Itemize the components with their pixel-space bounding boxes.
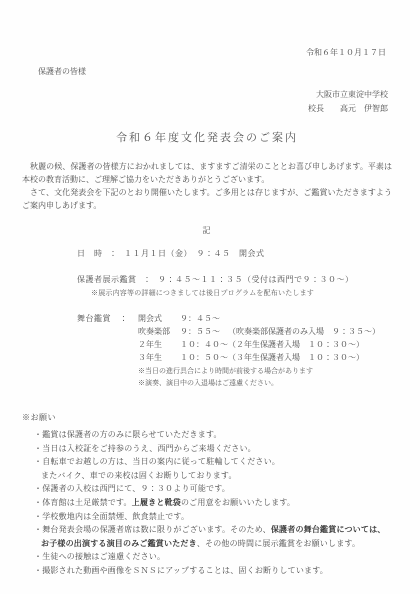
stage-row-name: ３年生 bbox=[138, 351, 180, 364]
request-text: ・生徒への接触はご遠慮ください。 bbox=[34, 552, 165, 561]
greeting-paragraph-2: さて、文化発表会を下記のとおり開催いたします。ご多用とは存じますが、ご鑑賞いただ… bbox=[22, 186, 392, 212]
request-text: のご用意をお願いいたします。 bbox=[181, 498, 295, 507]
request-list: ・鑑賞は保護者の方のみに限らせていただきます。 ・当日は入校証をご持参のうえ、西… bbox=[22, 428, 392, 578]
request-item: ・保護者の入校は西門にて、９：３０より可能です。 bbox=[34, 482, 392, 496]
greeting-paragraph-1: 秋麗の候、保護者の皆様方におかれましては、ますますご清栄のこととお喜び申しあげま… bbox=[22, 160, 392, 186]
request-text: またバイク、車での来校は固くお断りしております。 bbox=[41, 471, 237, 480]
stage-row-time: ９：４５～ bbox=[180, 312, 228, 325]
request-text: ・体育館は土足厳禁です。 bbox=[34, 498, 132, 507]
requests-heading: ※お願い bbox=[22, 411, 392, 424]
request-item: ・当日は入校証をご持参のうえ、西門からご来場ください。 bbox=[34, 442, 392, 456]
sender-block: 大阪市立東淀中学校 校長 高元 伊智郎 bbox=[22, 88, 392, 116]
request-item: ・自転車でお越しの方は、当日の案内に従って駐輪してください。 bbox=[34, 455, 392, 469]
request-text-bold: お子様の出演する演目のみご鑑賞いただき bbox=[41, 539, 197, 548]
request-item: ・学校敷地内は全面禁煙、飲食禁止です。 bbox=[34, 510, 392, 524]
stage-rows: 開会式 ９：４５～ 吹奏楽部 ９：５５～ （吹奏楽部保護者のみ入場 ９：３５～）… bbox=[138, 312, 380, 389]
stage-row-note: （吹奏楽部保護者のみ入場 ９：３５～） bbox=[228, 325, 380, 338]
request-text: ・学校敷地内は全面禁煙、飲食禁止です。 bbox=[34, 512, 189, 521]
principal-name: 校長 高元 伊智郎 bbox=[22, 102, 388, 116]
request-text: ・保護者の入校は西門にて、９：３０より可能です。 bbox=[34, 484, 230, 493]
addressee: 保護者の皆様 bbox=[22, 65, 392, 78]
request-text: 、その他の時間に展示鑑賞をお願いします。 bbox=[197, 539, 360, 548]
greeting-section: 秋麗の候、保護者の皆様方におかれましては、ますますご清栄のこととお喜び申しあげま… bbox=[22, 160, 392, 212]
request-item-continuation: またバイク、車での来校は固くお断りしております。 bbox=[34, 469, 392, 483]
stage-row-name: 吹奏楽部 bbox=[138, 325, 180, 338]
stage-row-name: ２年生 bbox=[138, 338, 180, 351]
stage-row-grade2: ２年生 １０：４０～ （２年生保護者入場 １０：３０～） bbox=[138, 338, 380, 351]
request-text: ・当日は入校証をご持参のうえ、西門からご来場ください。 bbox=[34, 444, 256, 453]
stage-viewing-block: 舞台鑑賞 ： 開会式 ９：４５～ 吹奏楽部 ９：５５～ （吹奏楽部保護者のみ入場… bbox=[77, 312, 392, 389]
stage-row-time: ９：５５～ bbox=[180, 325, 228, 338]
request-text: ・鑑賞は保護者の方のみに限らせていただきます。 bbox=[34, 430, 222, 439]
request-text: ・撮影された動画や画像をＳＮＳにアップすることは、固くお断りしています。 bbox=[34, 566, 328, 575]
stage-label: 舞台鑑賞 ： bbox=[77, 312, 128, 389]
datetime-line: 日 時 ： １１月１日（金） ９：４５ 開会式 bbox=[77, 247, 392, 260]
request-item: ・体育館は土足厳禁です。上履きと靴袋のご用意をお願いいたします。 bbox=[34, 496, 392, 510]
request-item-continuation: お子様の出演する演目のみご鑑賞いただき、その他の時間に展示鑑賞をお願いします。 bbox=[34, 537, 392, 551]
request-item: ・鑑賞は保護者の方のみに限らせていただきます。 bbox=[34, 428, 392, 442]
schedule-section: 日 時 ： １１月１日（金） ９：４５ 開会式 保護者展示鑑賞 ： ９：４５～１… bbox=[22, 247, 392, 389]
stage-row-time: １０：５０～ bbox=[180, 351, 228, 364]
requests-section: ※お願い ・鑑賞は保護者の方のみに限らせていただきます。 ・当日は入校証をご持参… bbox=[22, 411, 392, 578]
exhibition-line: 保護者展示鑑賞 ： ９：４５～１１：３５（受付は西門で９：３０～） bbox=[77, 273, 392, 286]
stage-row-brass-band: 吹奏楽部 ９：５５～ （吹奏楽部保護者のみ入場 ９：３５～） bbox=[138, 325, 380, 338]
stage-row-note: （２年生保護者入場 １０：３０～） bbox=[228, 338, 364, 351]
request-text-bold: 上履きと靴袋 bbox=[132, 498, 181, 507]
stage-footnote-timing: ※当日の進行具合により時間が前後する場合があります bbox=[138, 365, 380, 377]
request-text: ・自転車でお越しの方は、当日の案内に従って駐輪してください。 bbox=[34, 457, 280, 466]
stage-row-opening: 開会式 ９：４５～ bbox=[138, 312, 380, 325]
request-item: ・撮影された動画や画像をＳＮＳにアップすることは、固くお断りしています。 bbox=[34, 564, 392, 578]
request-text-bold: 保護者の舞台鑑賞については、 bbox=[271, 525, 386, 534]
request-text: ・舞台発表会場の保護者席は数に限りがございます。そのため、 bbox=[34, 525, 271, 534]
stage-footnotes: ※当日の進行具合により時間が前後する場合があります ※演奏、演目中の入退場はご遠… bbox=[138, 365, 380, 389]
stage-row-grade3: ３年生 １０：５０～ （３年生保護者入場 １０：３０～） bbox=[138, 351, 380, 364]
exhibition-note: ※展示内容等の詳細につきましては後日プログラムを配布いたします bbox=[77, 287, 392, 300]
stage-footnote-entry: ※演奏、演目中の入退場はご遠慮ください。 bbox=[138, 377, 380, 389]
school-name: 大阪市立東淀中学校 bbox=[22, 88, 388, 102]
issue-date: 令和６年１０月１７日 bbox=[22, 46, 392, 59]
document-page: 令和６年１０月１７日 保護者の皆様 大阪市立東淀中学校 校長 高元 伊智郎 令和… bbox=[0, 0, 420, 594]
document-title: 令和６年度文化発表会のご案内 bbox=[22, 132, 392, 145]
record-marker: 記 bbox=[22, 224, 392, 237]
stage-row-note: （３年生保護者入場 １０：３０～） bbox=[228, 351, 364, 364]
request-item: ・舞台発表会場の保護者席は数に限りがございます。そのため、保護者の舞台鑑賞につい… bbox=[34, 523, 392, 537]
request-item: ・生徒への接触はご遠慮ください。 bbox=[34, 550, 392, 564]
stage-row-time: １０：４０～ bbox=[180, 338, 228, 351]
stage-row-name: 開会式 bbox=[138, 312, 180, 325]
